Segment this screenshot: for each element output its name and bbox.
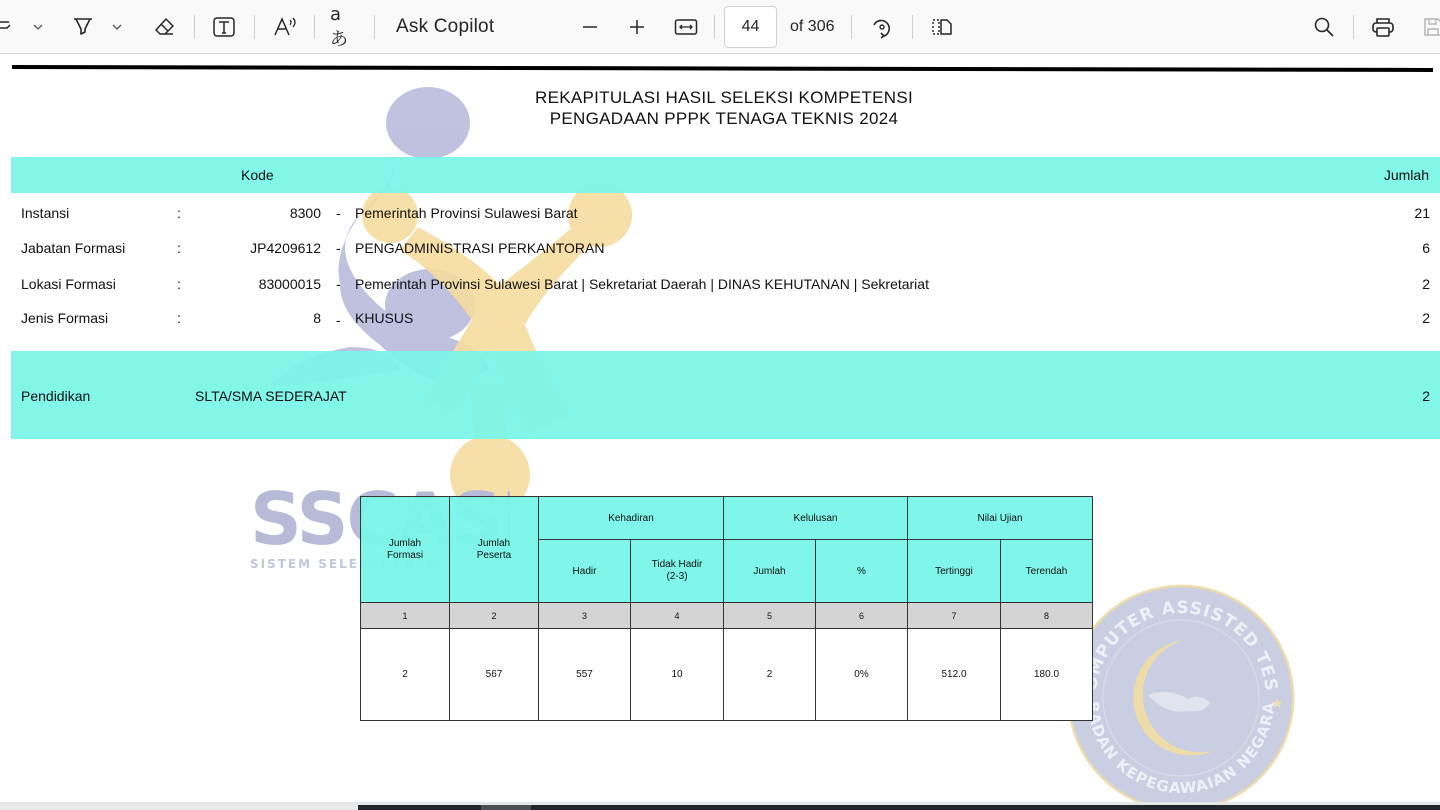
info-code: 83000015 — [259, 276, 321, 292]
info-row-jabatan-formasi: Jabatan Formasi : JP4209612 - PENGADMINI… — [0, 240, 1440, 260]
info-description: Pemerintah Provinsi Sulawesi Barat | Sek… — [355, 276, 929, 292]
info-colon: : — [177, 310, 181, 326]
info-count: 6 — [1422, 240, 1430, 256]
page-total-label: of 306 — [790, 18, 834, 36]
draw-options-dropdown[interactable] — [28, 0, 48, 54]
save-button[interactable] — [1420, 0, 1440, 54]
toolbar-divider — [254, 15, 255, 39]
value-hadir: 557 — [539, 629, 631, 721]
chevron-down-icon — [32, 23, 44, 31]
search-icon — [1313, 16, 1335, 38]
column-index: 8 — [1001, 603, 1093, 629]
header-jumlah-formasi: Jumlah Formasi — [361, 497, 450, 603]
translate-icon: aあ — [330, 4, 358, 51]
info-dash: - — [336, 205, 341, 221]
svg-text:BADAN KEPEGAWAIAN NEGARA: BADAN KEPEGAWAIAN NEGARA — [1084, 701, 1278, 798]
read-aloud-button[interactable] — [272, 0, 300, 54]
header-kehadiran: Kehadiran — [539, 497, 724, 540]
info-dash: - — [336, 312, 341, 328]
value-jumlah-peserta: 567 — [450, 629, 539, 721]
page-view-icon — [930, 17, 954, 37]
header-terendah: Terendah — [1001, 540, 1093, 603]
info-dash: - — [336, 240, 341, 256]
info-row-lokasi-formasi: Lokasi Formasi : 83000015 - Pemerintah P… — [0, 276, 1440, 296]
toolbar-divider — [374, 15, 375, 39]
ask-copilot-label: Ask Copilot — [396, 16, 494, 38]
page-view-button[interactable] — [929, 0, 955, 54]
header-rule — [12, 65, 1433, 72]
draw-icon — [0, 17, 15, 37]
pendidikan-value: SLTA/SMA SEDERAJAT — [195, 388, 347, 404]
zoom-in-button[interactable] — [625, 0, 649, 54]
read-aloud-icon — [273, 16, 299, 38]
header-kelulusan-jumlah: Jumlah — [724, 540, 816, 603]
header-tidak-hadir: Tidak Hadir (2-3) — [631, 540, 724, 603]
zoom-out-button[interactable] — [578, 0, 602, 54]
info-count: 2 — [1422, 276, 1430, 292]
value-tertinggi: 512.0 — [908, 629, 1001, 721]
erase-button[interactable] — [152, 0, 178, 54]
info-description: Pemerintah Provinsi Sulawesi Barat — [355, 205, 578, 221]
cat-bkn-seal-watermark: COMPUTER ASSISTED TEST BADAN KEPEGAWAIAN… — [1066, 580, 1296, 802]
rotate-button[interactable] — [868, 0, 896, 54]
info-row-instansi: Instansi : 8300 - Pemerintah Provinsi Su… — [0, 205, 1440, 225]
pdf-page: SSCASN SISTEM SELEKSI CASN REKAPITULASI … — [0, 55, 1440, 802]
value-terendah: 180.0 — [1001, 629, 1093, 721]
info-count: 21 — [1414, 205, 1430, 221]
toolbar-divider — [314, 15, 315, 39]
toolbar-divider — [851, 15, 852, 39]
chevron-down-icon — [111, 23, 123, 31]
header-nilai-ujian: Nilai Ujian — [908, 497, 1093, 540]
info-row-jenis-formasi: Jenis Formasi : 8 - KHUSUS 2 — [0, 310, 1440, 330]
info-colon: : — [177, 276, 181, 292]
header-tertinggi: Tertinggi — [908, 540, 1001, 603]
info-count: 2 — [1422, 310, 1430, 326]
header-kelulusan: Kelulusan — [724, 497, 908, 540]
header-kelulusan-persen: % — [816, 540, 908, 603]
toolbar-divider — [1353, 15, 1354, 39]
column-index-row: 1 2 3 4 5 6 7 8 — [361, 603, 1093, 629]
value-kelulusan-jumlah: 2 — [724, 629, 816, 721]
highlight-button[interactable] — [70, 0, 96, 54]
info-label: Instansi — [21, 205, 69, 221]
draw-button[interactable] — [0, 0, 16, 54]
column-index: 6 — [816, 603, 908, 629]
report-title-line2: PENGADAAN PPPK TENAGA TEKNIS 2024 — [0, 109, 1440, 129]
save-icon — [1422, 16, 1440, 38]
page-number-value: 44 — [742, 18, 760, 36]
info-colon: : — [177, 205, 181, 221]
header-hadir: Hadir — [539, 540, 631, 603]
fit-width-icon — [674, 18, 698, 36]
toolbar-divider — [714, 15, 715, 39]
eraser-icon — [154, 16, 176, 38]
info-description: KHUSUS — [355, 310, 413, 326]
report-title-line1: REKAPITULASI HASIL SELEKSI KOMPETENSI — [0, 88, 1440, 108]
info-label: Lokasi Formasi — [21, 276, 116, 292]
horizontal-scrollbar-track[interactable] — [0, 805, 358, 810]
ask-copilot-button[interactable]: Ask Copilot — [396, 0, 494, 54]
svg-text:★: ★ — [1271, 695, 1284, 711]
pendidikan-band: Pendidikan SLTA/SMA SEDERAJAT 2 — [11, 351, 1440, 439]
jumlah-header: Jumlah — [1384, 167, 1429, 183]
kode-header: Kode — [241, 167, 274, 183]
column-index: 7 — [908, 603, 1001, 629]
info-code: JP4209612 — [250, 240, 321, 256]
info-label: Jabatan Formasi — [21, 240, 125, 256]
results-summary-table: Jumlah Formasi Jumlah Peserta Kehadiran … — [360, 496, 1093, 721]
toolbar-divider — [194, 15, 195, 39]
column-index: 5 — [724, 603, 816, 629]
column-index: 2 — [450, 603, 539, 629]
text-box-icon — [212, 16, 236, 38]
info-label: Jenis Formasi — [21, 310, 108, 326]
translate-button[interactable]: aあ — [330, 0, 358, 54]
header-jumlah-peserta: Jumlah Peserta — [450, 497, 539, 603]
kode-jumlah-header-band: Kode Jumlah — [11, 157, 1440, 193]
table-row: 2 567 557 10 2 0% 512.0 180.0 — [361, 629, 1093, 721]
column-index: 4 — [631, 603, 724, 629]
value-tidak-hadir: 10 — [631, 629, 724, 721]
fit-width-button[interactable] — [672, 0, 700, 54]
info-colon: : — [177, 240, 181, 256]
search-button[interactable] — [1311, 0, 1337, 54]
print-button[interactable] — [1370, 0, 1396, 54]
page-number-input[interactable]: 44 — [724, 6, 777, 48]
rotate-icon — [870, 15, 894, 39]
highlight-icon — [72, 16, 94, 38]
page-total: of 306 — [790, 0, 834, 54]
taskbar-item[interactable] — [481, 805, 531, 810]
zoom-in-icon — [628, 18, 646, 36]
info-dash: - — [336, 276, 341, 292]
pendidikan-label: Pendidikan — [21, 388, 90, 404]
add-text-button[interactable] — [211, 0, 237, 54]
info-description: PENGADMINISTRASI PERKANTORAN — [355, 240, 604, 256]
print-icon — [1371, 16, 1395, 38]
pendidikan-count: 2 — [1422, 388, 1430, 404]
toolbar-divider — [912, 15, 913, 39]
zoom-out-icon — [581, 18, 599, 36]
svg-text:COMPUTER ASSISTED TEST: COMPUTER ASSISTED TEST — [1066, 580, 1281, 693]
highlight-options-dropdown[interactable] — [107, 0, 127, 54]
info-code: 8300 — [290, 205, 321, 221]
value-kelulusan-persen: 0% — [816, 629, 908, 721]
value-jumlah-formasi: 2 — [361, 629, 450, 721]
column-index: 1 — [361, 603, 450, 629]
info-code: 8 — [313, 310, 321, 326]
pdf-toolbar: aあ Ask Copilot 44 of 306 — [0, 0, 1440, 54]
column-index: 3 — [539, 603, 631, 629]
